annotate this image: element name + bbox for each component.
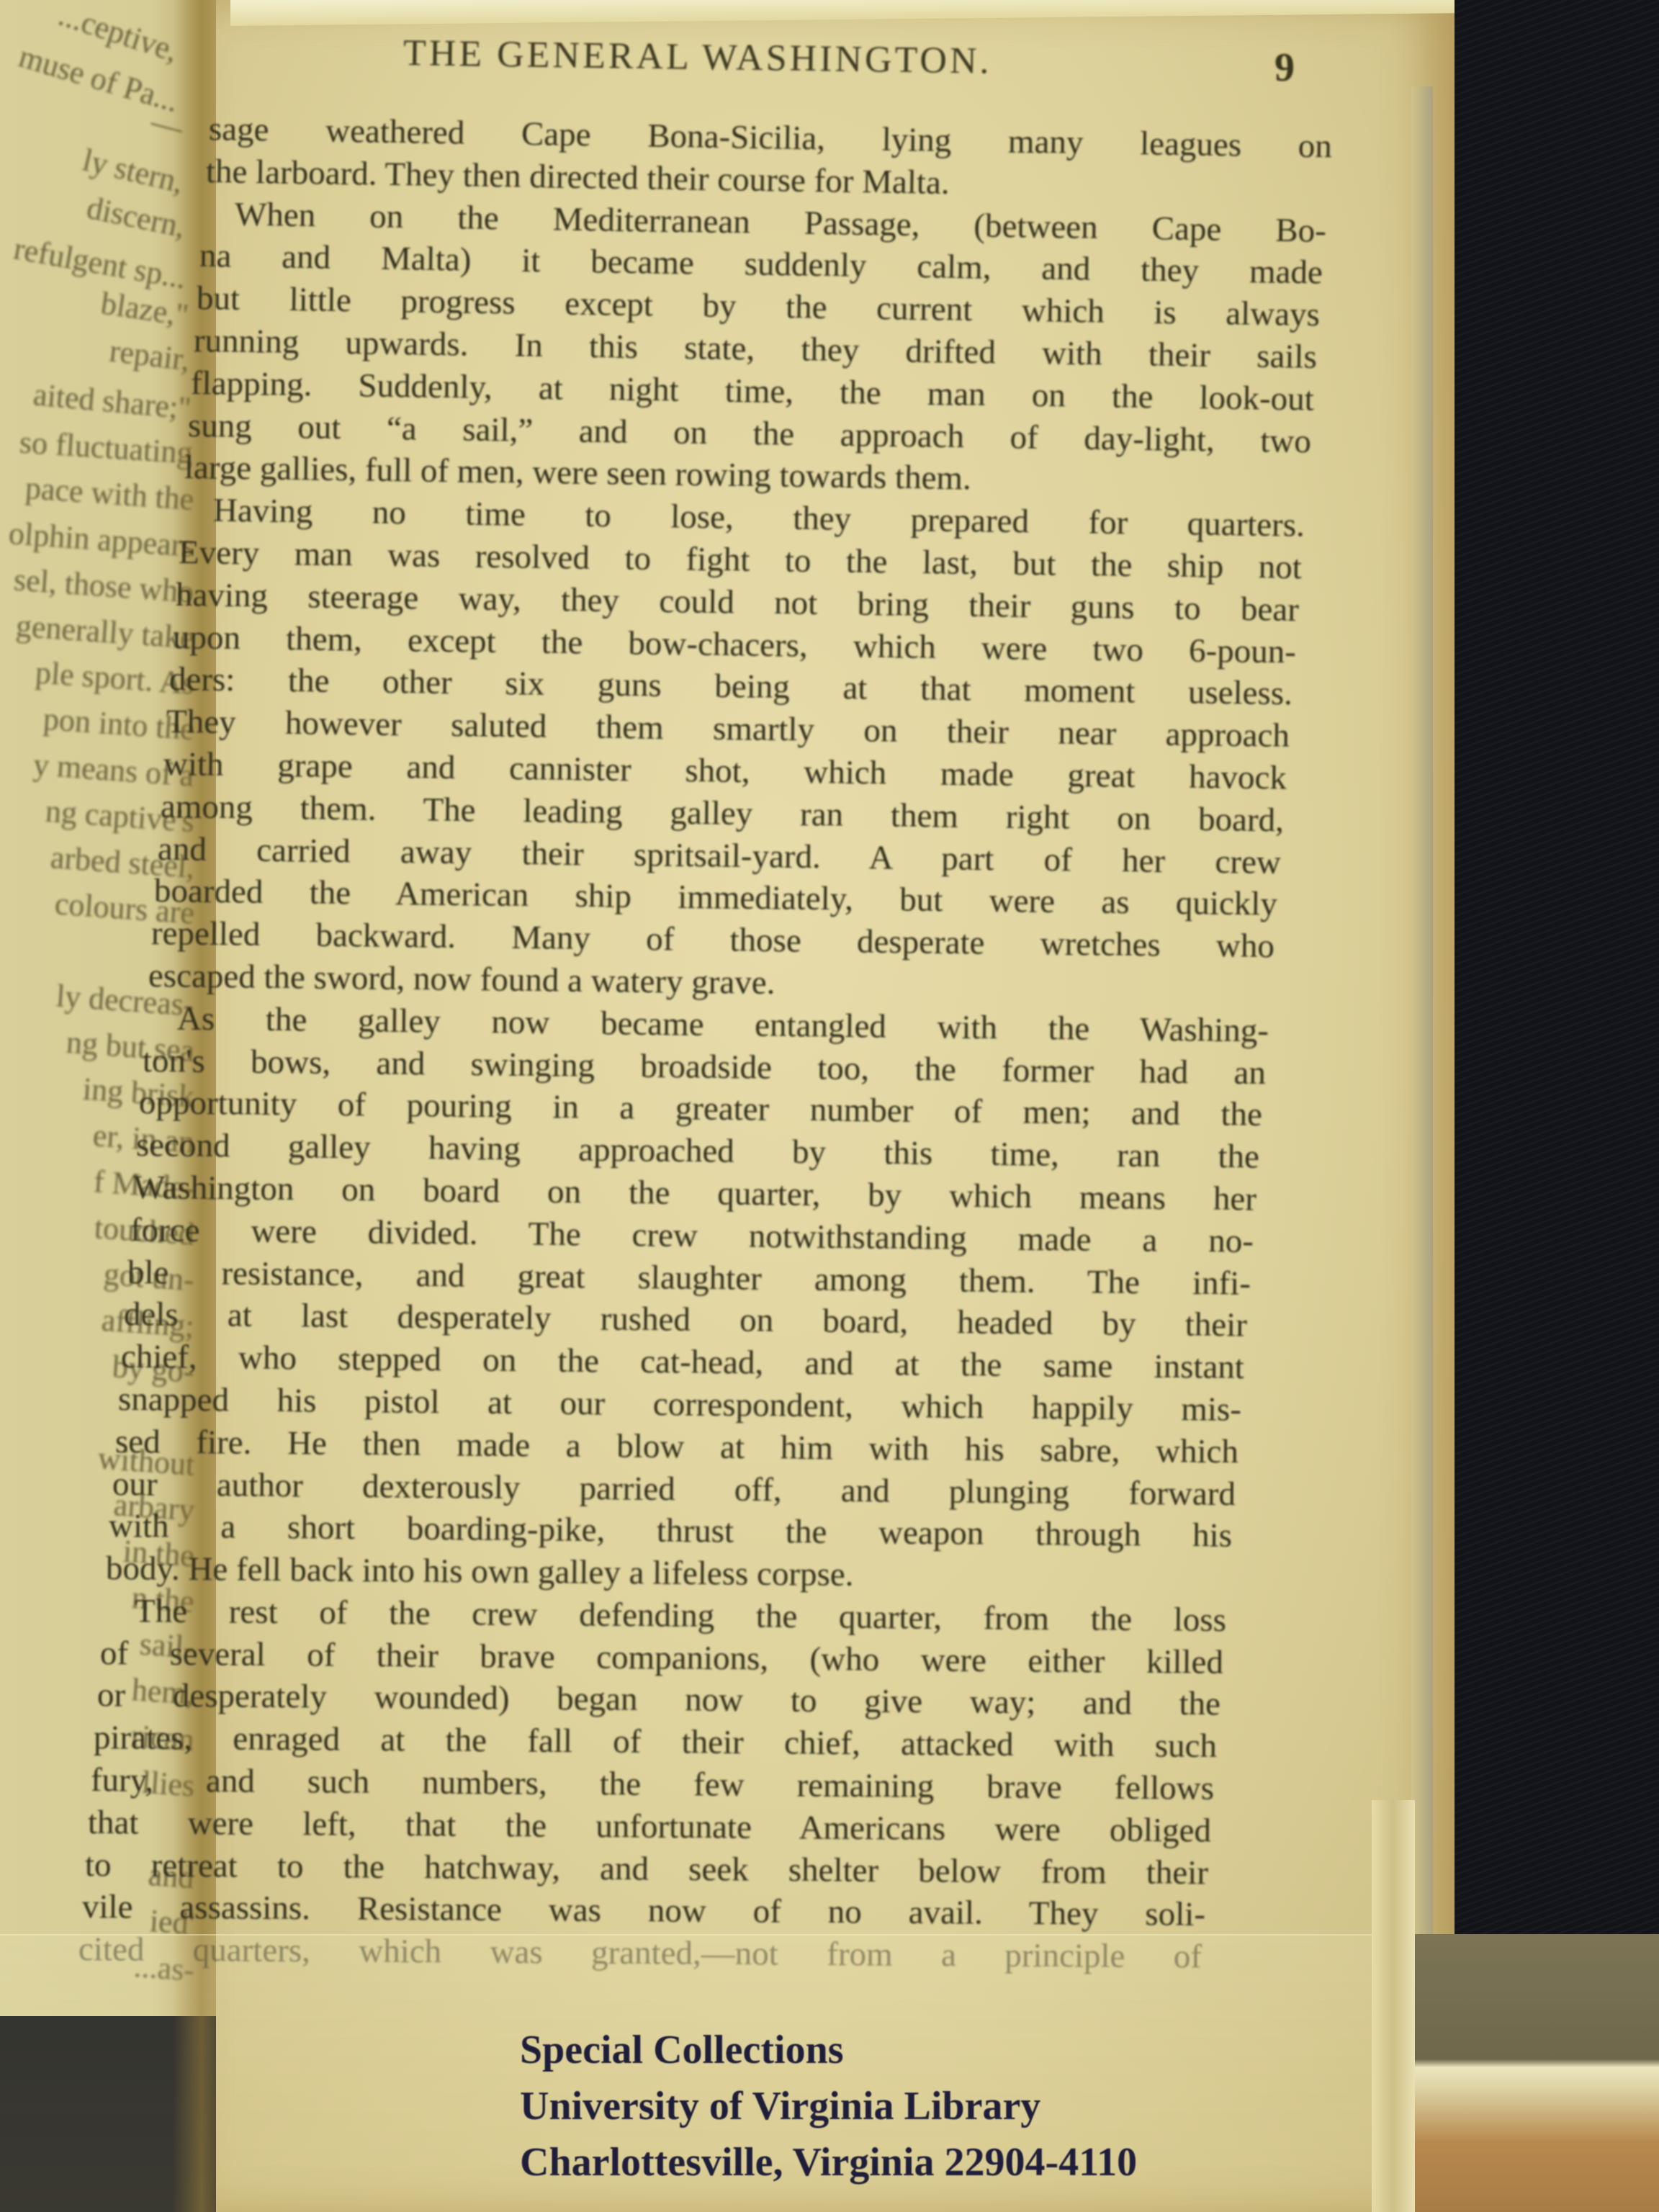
- page-number: 9: [1274, 45, 1295, 91]
- label-line-library: University of Virginia Library: [520, 2078, 1384, 2134]
- page-body: sage weathered Cape Bona-Sicilia, lying …: [209, 108, 1332, 1971]
- facing-page-fragment: generally take: [15, 607, 196, 656]
- facing-page-fragment: olphin appears: [8, 515, 196, 565]
- facing-page-fragment: pace with the: [24, 469, 196, 518]
- sleeve-edge: [1411, 1934, 1659, 2212]
- text-line: that were left, that the unfortunate Ame…: [88, 1802, 1211, 1852]
- facing-page-fragment: sel, those who: [13, 561, 195, 610]
- page-edge: [1411, 86, 1433, 1959]
- label-line-address: Charlottesville, Virginia 22904-4110: [520, 2134, 1384, 2190]
- label-line-collection: Special Collections: [520, 2022, 1384, 2078]
- facing-page-fragment: aited share;": [32, 376, 193, 427]
- library-label: Special Collections University of Virgin…: [520, 2022, 1384, 2190]
- facing-page-fragment: so fluctuating: [19, 423, 194, 471]
